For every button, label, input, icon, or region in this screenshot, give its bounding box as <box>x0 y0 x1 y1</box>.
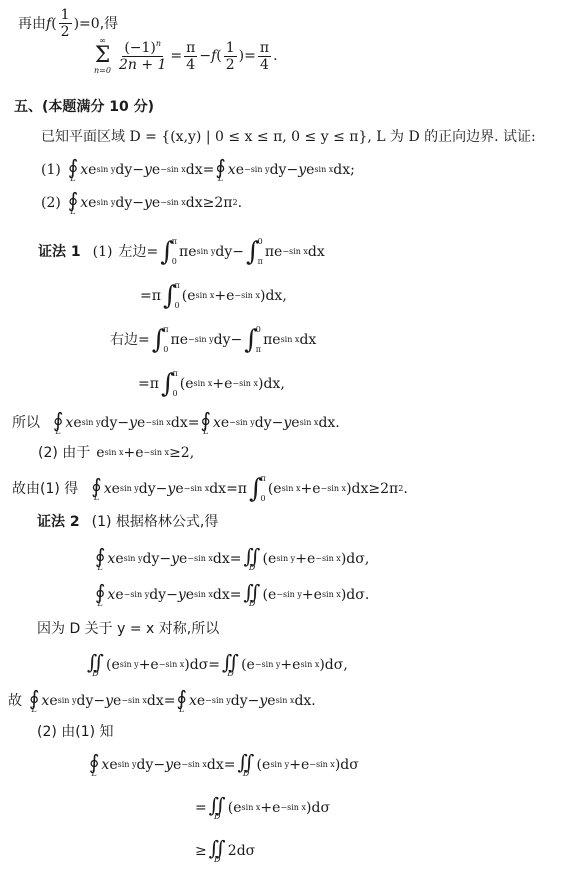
symmetry-equation: ∬D (esin y + e−sin x)dσ = ∬D (e−sin y + … <box>85 652 348 678</box>
proof1-left-line2: = π ∫π0 (esin x + e−sin x)dx , <box>140 282 287 310</box>
therefore-label: 所以 <box>12 416 40 430</box>
series-term-fraction: (−1)n 2n + 1 <box>117 41 168 72</box>
contour-integral-icon: ∮L <box>89 752 99 778</box>
fraction-half: 12 <box>59 8 72 39</box>
contour-integral-icon: ∮L <box>95 546 105 572</box>
problem-heading: 五、(本题满分 10 分) <box>14 100 154 114</box>
period: . <box>273 49 277 63</box>
green-equation-1: ∮L xesin ydy − ye−sin xdx = ∬D (esin y +… <box>94 546 369 572</box>
part2-label: (2) 由于 <box>38 446 90 460</box>
proof2-heading: 证法 2 (1) 根据格林公式,得 <box>37 515 218 529</box>
proof2-label: 证法 2 <box>37 515 80 529</box>
problem-statement: 已知平面区域 D = {(x,y) | 0 ≤ x ≤ π, 0 ≤ y ≤ π… <box>41 130 536 144</box>
contour-integral-icon: ∮L <box>215 157 225 183</box>
fraction-half: 12 <box>224 41 237 72</box>
contour-integral-icon: ∮L <box>68 190 78 216</box>
double-integral-icon: ∬D <box>87 652 104 678</box>
conclude-label: 故由(1) 得 <box>12 482 78 496</box>
series-equation: ∞ Σ n=0 (−1)n 2n + 1 = π4 − f ( 12 ) = π… <box>94 37 278 75</box>
fraction-pi-4: π4 <box>258 41 271 72</box>
paren: ( <box>51 17 56 31</box>
integral-icon: ∫0π <box>246 238 263 266</box>
proof1-part2: (2) 由于 esin x + e−sin x ≥ 2, <box>38 446 194 460</box>
proof2-part2-label: (2) 由(1) 知 <box>37 725 114 739</box>
contour-integral-icon: ∮L <box>177 688 187 714</box>
therefore-label: 故 <box>8 694 22 708</box>
contour-integral-icon: ∮L <box>91 476 101 502</box>
summation: ∞ Σ n=0 <box>94 37 111 75</box>
paren: ( <box>216 49 221 63</box>
final-line-2: = ∬D (esin x + e−sin x)dσ <box>195 795 330 821</box>
proof1-right-line1: 右边 = ∫π0 πe−sin ydy − ∫0π πesin xdx <box>110 326 316 354</box>
contour-integral-icon: ∮L <box>29 688 39 714</box>
green-formula-label: (1) 根据格林公式,得 <box>92 515 219 529</box>
problem-part-1: (1) ∮L xesin ydy − ye−sin xdx = ∮L xe−si… <box>41 157 355 183</box>
equals: = <box>244 49 256 63</box>
proof2-therefore: 故 ∮L xesin ydy − ye−sin xdx = ∮L xe−sin … <box>8 688 316 714</box>
final-line-3: ≥ ∬D 2dσ <box>195 838 255 864</box>
fraction-pi-4: π4 <box>184 41 197 72</box>
proof1-label: 证法 1 <box>38 245 81 259</box>
green-equation-2: ∮L xe−sin ydy − yesin xdx = ∬D (e−sin y … <box>94 582 369 608</box>
integral-icon: ∫π0 <box>249 475 266 503</box>
integral-icon: ∫π0 <box>160 238 177 266</box>
equals: = <box>170 49 182 63</box>
part-2-label: (2) <box>41 196 61 210</box>
proof1-therefore: 所以 ∮L xesin ydy − ye−sin xdx = ∮L xe−sin… <box>12 410 340 436</box>
contour-integral-icon: ∮L <box>53 410 63 436</box>
zero: 0 <box>91 17 100 31</box>
double-integral-icon: ∬D <box>244 546 261 572</box>
part-1-label: (1) <box>41 163 61 177</box>
right-side-label: 右边 <box>110 333 138 347</box>
symmetry-statement: 因为 D 关于 y = x 对称,所以 <box>37 622 219 636</box>
integral-icon: ∫π0 <box>163 282 180 310</box>
integral-icon: ∫0π <box>244 326 261 354</box>
double-integral-icon: ∬D <box>209 795 226 821</box>
left-side-label: 左边 <box>118 245 146 259</box>
double-integral-icon: ∬D <box>238 752 255 778</box>
contour-integral-icon: ∮L <box>201 410 211 436</box>
integral-icon: ∫π0 <box>152 326 169 354</box>
double-integral-icon: ∬D <box>209 838 226 864</box>
contour-integral-icon: ∮L <box>95 582 105 608</box>
proof1-conclusion: 故由(1) 得 ∮L xesin ydy − ye−sin xdx = π ∫π… <box>12 475 408 503</box>
proof1-left-line1: 证法 1 (1) 左边 = ∫π0 πesin ydy − ∫0π πe−sin… <box>38 238 325 266</box>
intro-line: 再由 f ( 12 ) = 0 ,得 <box>18 8 118 39</box>
contour-integral-icon: ∮L <box>68 157 78 183</box>
double-integral-icon: ∬D <box>222 652 239 678</box>
intro-prefix: 再由 <box>18 17 46 31</box>
proof1-right-line2: = π ∫π0 (esin x + e−sin x)dx , <box>138 370 285 398</box>
problem-part-2: (2) ∮L xesin ydy − ye−sin xdx ≥ 2π2. <box>41 190 242 216</box>
final-line-1: ∮L xesin ydy − ye−sin xdx = ∬D (esin y +… <box>88 752 359 778</box>
minus: − <box>199 49 211 63</box>
integral-icon: ∫π0 <box>161 370 178 398</box>
equals: = <box>79 17 91 31</box>
double-integral-icon: ∬D <box>244 582 261 608</box>
intro-suffix: ,得 <box>100 17 118 31</box>
